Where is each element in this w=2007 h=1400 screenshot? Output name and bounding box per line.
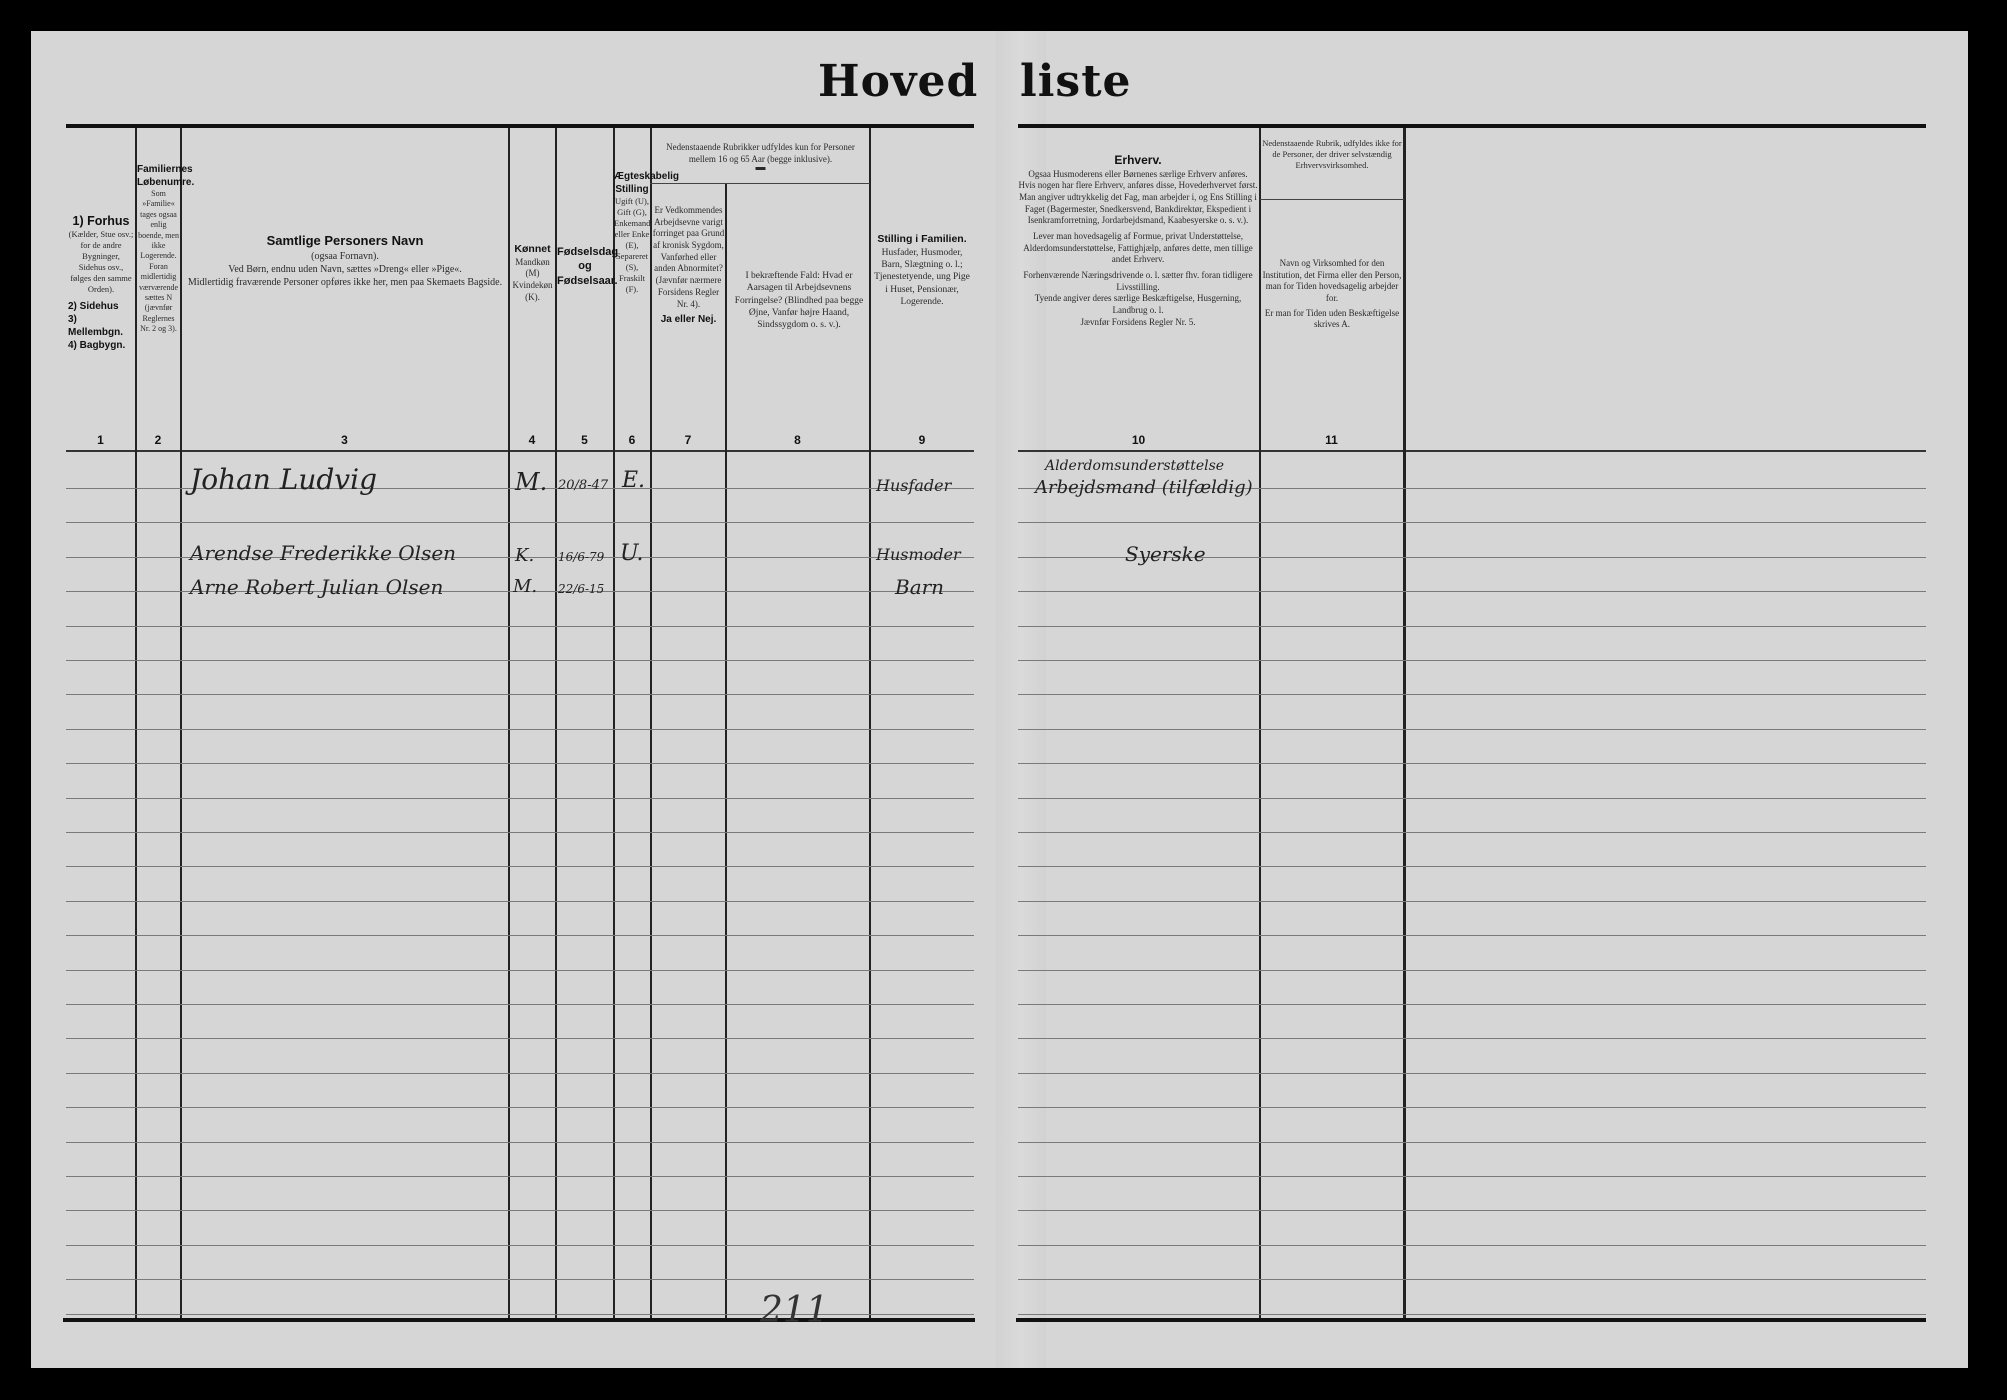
col-divider-8-9 [869, 128, 871, 1318]
entry-birth: 16/6-79 [558, 550, 604, 564]
col-num-6: 6 [614, 433, 650, 447]
page-number-mark: 211 [760, 1290, 829, 1331]
title-right: liste [1020, 56, 1132, 107]
row-rule [66, 1245, 974, 1246]
header-rule-left [66, 450, 974, 452]
col-header-4: Kønnet Mandkøn (M) Kvindekøn (K). [510, 243, 555, 303]
row-rule [1018, 1176, 1926, 1177]
group-rule-11 [1260, 199, 1404, 200]
entry-occupation-1: Syerske [1125, 542, 1206, 566]
row-rule [66, 1279, 974, 1280]
row-rule [1018, 1107, 1926, 1108]
entry-sex: M. [513, 576, 537, 597]
top-rule-left [66, 124, 974, 128]
col-num-2: 2 [136, 433, 180, 447]
col-num-5: 5 [556, 433, 613, 447]
col-num-11: 11 [1260, 433, 1403, 447]
entry-family-role: Husmoder [876, 545, 961, 564]
entry-name: Johan Ludvig [190, 463, 377, 496]
group-rule-7-8 [650, 183, 870, 184]
col-num-4: 4 [509, 433, 555, 447]
entry-occupation-1: Alderdomsunderstøttelse [1045, 458, 1224, 474]
col-divider-7-8 [725, 184, 727, 1318]
row-rule [66, 1176, 974, 1177]
col-header-5: Fødselsdag og Fødselsaar. [557, 245, 613, 288]
bottom-rule-left [63, 1318, 975, 1322]
entry-birth: 20/8-47 [558, 478, 608, 493]
col-header-3: Samtlige Personers Navn (ogsaa Fornavn).… [185, 233, 505, 289]
row-rule [1018, 832, 1926, 833]
entry-name: Arne Robert Julian Olsen [190, 575, 443, 599]
row-rule [66, 626, 974, 627]
col-divider-3-4 [508, 128, 510, 1318]
entry-birth: 22/6-15 [558, 582, 604, 596]
col-divider-4-5 [555, 128, 557, 1318]
row-rule [66, 901, 974, 902]
row-rule [1018, 970, 1926, 971]
row-rule [66, 1004, 974, 1005]
col-divider-5-6 [613, 128, 615, 1318]
row-rule [66, 729, 974, 730]
col-num-8: 8 [726, 433, 869, 447]
row-rule [1018, 694, 1926, 695]
entry-marital: E. [622, 468, 645, 493]
col-num-1: 1 [66, 433, 135, 447]
entry-family-role: Husfader [876, 476, 951, 495]
row-rule [1018, 1073, 1926, 1074]
entry-family-role: Barn [895, 575, 944, 599]
row-rule [1018, 1038, 1926, 1039]
bottom-rule-right [1016, 1318, 1926, 1322]
row-rule [1018, 1314, 1926, 1315]
row-rule [1018, 763, 1926, 764]
row-rule [1018, 729, 1926, 730]
col-header-2: Familiernes Løbenumre. Som »Familie« tag… [137, 163, 180, 334]
row-rule [1018, 798, 1926, 799]
group-header-11: Nedenstaaende Rubrik, udfyldes ikke for … [1262, 138, 1402, 171]
row-rule [66, 1073, 974, 1074]
entry-marital: U. [620, 541, 644, 566]
col-header-8: I bekræftende Fald: Hvad er Aarsagen til… [730, 270, 868, 332]
row-rule [1018, 660, 1926, 661]
row-rule [1018, 1210, 1926, 1211]
row-rule [66, 694, 974, 695]
col-header-10: Erhverv. Ogsaa Husmoderens eller Børnene… [1018, 153, 1258, 329]
row-rule [1018, 1245, 1926, 1246]
row-rule [1018, 626, 1926, 627]
row-rule [66, 522, 974, 523]
col-num-3: 3 [181, 433, 508, 447]
col-header-6: Ægteskabelig Stilling Ugift (U), Gift (G… [614, 170, 650, 295]
col-divider-2-3 [180, 128, 182, 1318]
row-rule [66, 1107, 974, 1108]
group-header-7-8: Nedenstaaende Rubrikker udfyldes kun for… [652, 142, 869, 171]
row-rule [66, 832, 974, 833]
header-rule-right [1018, 450, 1926, 452]
col-header-9: Stilling i Familien. Husfader, Husmoder,… [872, 233, 972, 308]
col-header-1: 1) Forhus (Kælder, Stue osv.; for de and… [68, 213, 134, 352]
row-rule [1018, 866, 1926, 867]
col-divider-10-11 [1259, 128, 1261, 1318]
row-rule [1018, 935, 1926, 936]
title-left: Hoved [818, 56, 978, 107]
row-rule [1018, 1004, 1926, 1005]
row-rule [1018, 591, 1926, 592]
row-rule [66, 1210, 974, 1211]
col-num-7: 7 [651, 433, 725, 447]
row-rule [66, 1142, 974, 1143]
col-divider-11-12 [1403, 128, 1406, 1318]
row-rule [1018, 1279, 1926, 1280]
entry-occupation-2: Arbejdsmand (tilfældig) [1035, 477, 1253, 498]
entry-name: Arendse Frederikke Olsen [190, 541, 456, 565]
row-rule [66, 798, 974, 799]
row-rule [1018, 1142, 1926, 1143]
row-rule [66, 660, 974, 661]
row-rule [66, 763, 974, 764]
row-rule [1018, 522, 1926, 523]
entry-sex: M. [515, 468, 547, 496]
census-sheet [31, 31, 1968, 1368]
entry-sex: K. [515, 545, 534, 566]
col-num-10: 10 [1018, 433, 1259, 447]
col-header-11: Navn og Virksomhed for den Institution, … [1262, 258, 1402, 331]
col-header-7: Er Vedkommendes Arbejdsevne varigt forri… [652, 205, 725, 326]
top-rule-right [1018, 124, 1926, 128]
row-rule [66, 935, 974, 936]
col-num-9: 9 [870, 433, 974, 447]
row-rule [66, 1314, 974, 1315]
row-rule [1018, 901, 1926, 902]
row-rule [66, 970, 974, 971]
row-rule [66, 866, 974, 867]
row-rule [66, 1038, 974, 1039]
